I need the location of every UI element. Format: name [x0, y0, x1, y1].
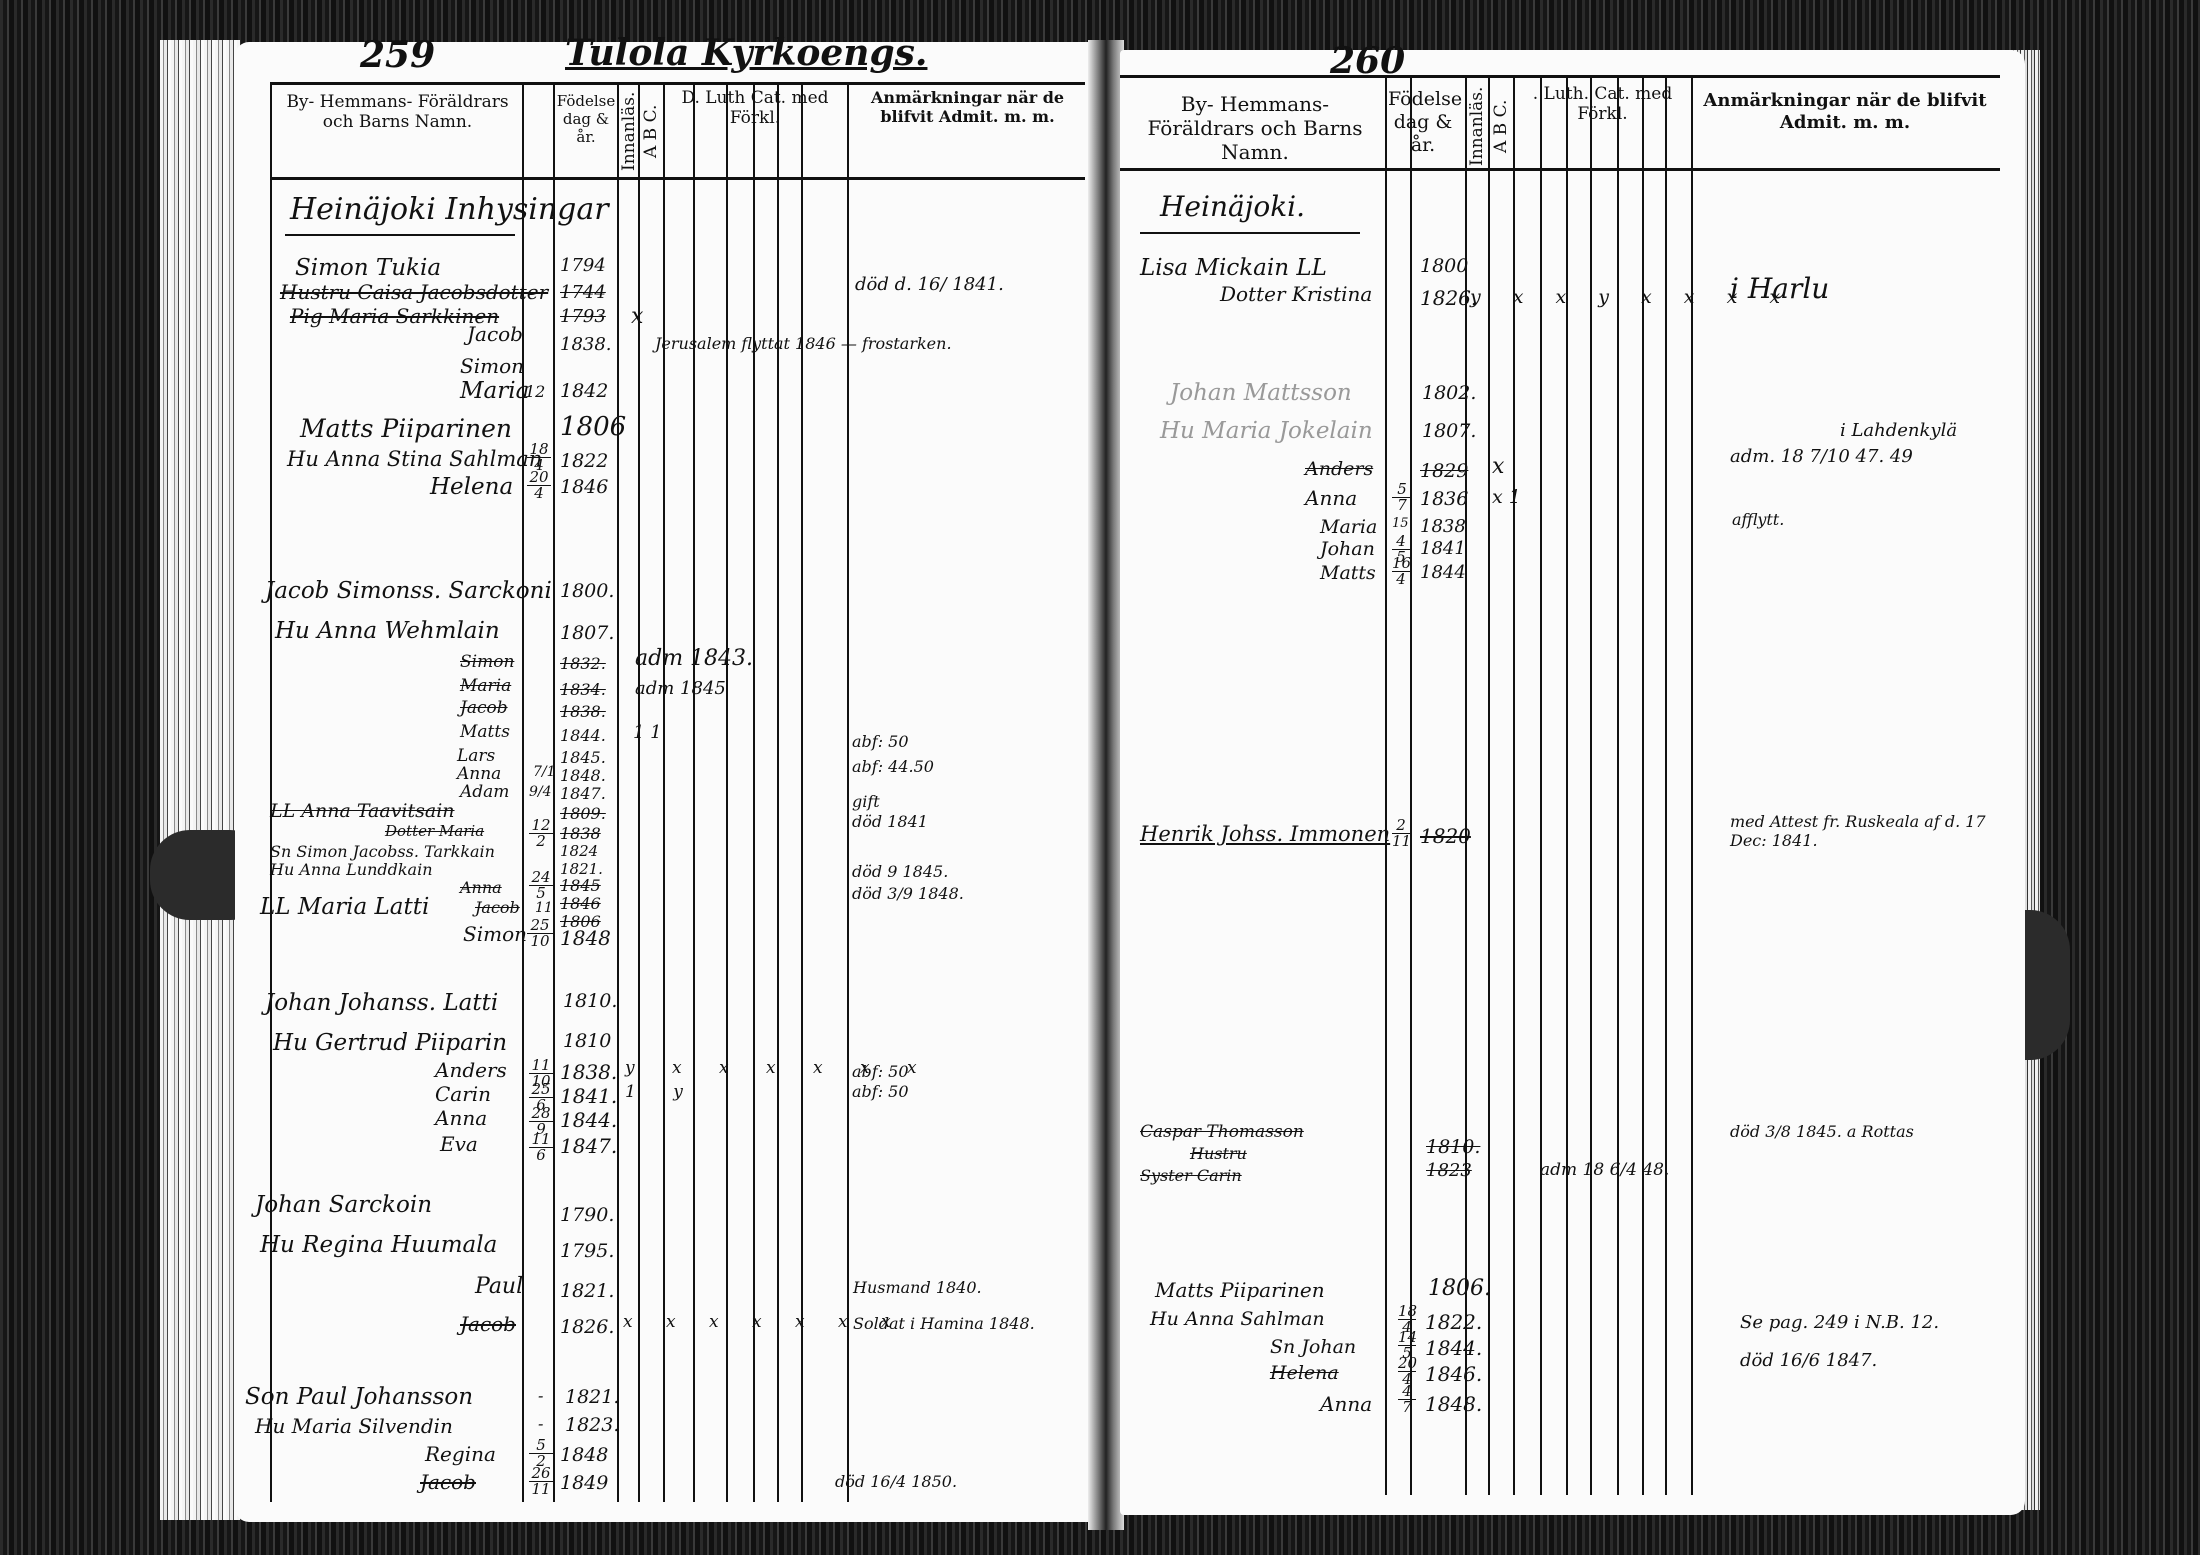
entry-day: 211 [1392, 818, 1410, 849]
entry-year: 1841. [560, 1084, 617, 1108]
entry-year: 1820 [1420, 824, 1471, 848]
entry-remark: abf: 50 [852, 1082, 909, 1101]
entry-remark: adm 1843. [635, 646, 753, 671]
entry-day: 204 [527, 470, 551, 501]
entry-day: - [538, 1386, 543, 1405]
entry-name: Maria [460, 378, 529, 404]
header-remarks: Anmärkningar när de blifvit Admit. m. m. [850, 88, 1085, 126]
entry-name: Helena [430, 474, 513, 500]
entry-year: 1793 [560, 306, 606, 327]
entry-remark: abf: 44.50 [852, 757, 934, 776]
entry-name: Lars [457, 746, 495, 766]
entry-remark: afflytt. [1732, 510, 1784, 529]
entry-mark: x [1492, 454, 1504, 479]
entry-day: 11 [535, 900, 553, 916]
entry-name: Hu Maria Silvendin [255, 1414, 453, 1438]
entry-year: 1846 [560, 476, 608, 498]
entry-year: 1846. [1425, 1362, 1482, 1386]
entry-year: 1807. [1422, 420, 1476, 442]
entry-name: Simon [460, 652, 514, 672]
entry-name: Dotter Maria [385, 822, 484, 840]
entry-remark: med Attest fr. Ruskeala af d. 17 Dec: 18… [1730, 812, 2010, 850]
entry-name: Jacob [460, 698, 508, 718]
entry-day: 122 [529, 818, 553, 849]
entry-name: Sn Johan [1270, 1336, 1356, 1358]
entry-remark: Jerusalem flyttat 1846 — frostarken. [655, 334, 952, 353]
entry-day: 116 [529, 1132, 553, 1163]
entry-name: Maria [1320, 516, 1377, 538]
header-innanlas: Innanläs. [619, 90, 639, 172]
entry-year: 1744 [560, 282, 606, 303]
entry-year: 1829 [1420, 460, 1468, 482]
entry-name: Maria [460, 676, 511, 696]
entry-year: 1844 [1420, 562, 1466, 583]
header-bottom-rule [1120, 168, 2000, 171]
col-line [617, 82, 619, 1502]
entry-marks: x 1 [1492, 486, 1521, 508]
entry-year: 1841 [1420, 538, 1466, 559]
entry-name: Eva [440, 1132, 478, 1156]
entry-year: 1800 [1420, 255, 1468, 277]
entry-year: 1823. [565, 1414, 619, 1436]
entry-year: 1823 [1426, 1160, 1472, 1181]
col-line [726, 82, 728, 1502]
header-abc: A B C. [1491, 86, 1511, 166]
col-line [1410, 75, 1412, 1495]
entry-name: Jacob Simonss. Sarckoni [265, 578, 552, 604]
entry-year: 1848. [1425, 1392, 1482, 1416]
entry-day: 164 [1392, 556, 1410, 587]
header-catechism: D. Luth Cat. med Förkl. [665, 88, 845, 129]
entry-day: - [538, 1414, 543, 1433]
entry-name: Hu Anna Stina Sahlman [287, 447, 542, 471]
entry-remark: adm. 18 7/10 47. 49 [1730, 446, 1913, 467]
header-innanlas: Innanläs. [1467, 86, 1487, 166]
entry-name: Jacob [460, 1312, 516, 1336]
col-line [847, 82, 849, 1502]
entry-name: Anna [460, 878, 502, 897]
entry-remark: i Harlu [1730, 272, 1829, 305]
entry-name: Son Paul Johansson [245, 1384, 473, 1410]
col-line [801, 82, 803, 1502]
entry-day: 47 [1398, 1384, 1416, 1415]
entry-year: 1810. [563, 990, 617, 1012]
header-birth: Födelse dag & år. [1388, 88, 1458, 156]
entry-year: 1810 [563, 1030, 611, 1052]
entry-name: Johan Sarckoin [255, 1192, 432, 1218]
entry-name: Hu Anna Wehmlain [275, 618, 500, 644]
entry-year: 1838. [560, 1060, 617, 1084]
entry-name: Jacob [467, 322, 523, 346]
running-title: Tulola Kyrkoengs. [565, 32, 927, 74]
entry-name: Simon Tukia [295, 255, 441, 281]
entry-name: Johan Mattsson [1170, 380, 1352, 406]
header-names: By- Hemmans- Föräldrars och Barns Namn. [280, 92, 515, 133]
entry-day: 245 [529, 870, 553, 901]
entry-name: Hu Anna Sahlman [1150, 1308, 1325, 1330]
entry-name: Henrik Johss. Immonen [1140, 822, 1390, 846]
entry-year: 1838 [1420, 516, 1466, 537]
entry-name: Hu Maria Jokelain [1160, 418, 1373, 444]
header-birth: Födelse dag & år. [556, 92, 616, 146]
entry-name: Johan [1320, 538, 1375, 560]
entry-remark: Soldat i Hamina 1848. [853, 1314, 1035, 1333]
entry-year: 1842 [560, 380, 608, 402]
entry-year: 1845. [560, 748, 606, 767]
entry-year: 1845 [560, 876, 601, 895]
entry-name: Dotter Kristina [1220, 282, 1372, 306]
entry-year: 1809. [560, 804, 606, 823]
entry-name: Hu Regina Huumala [260, 1232, 497, 1258]
book-gutter [1088, 40, 1124, 1530]
entry-name: Johan Johanss. Latti [265, 990, 498, 1016]
entry-year: 1807. [560, 622, 614, 644]
col-line [753, 82, 755, 1502]
col-line [777, 82, 779, 1502]
entry-name: Anders [435, 1058, 507, 1082]
col-line [1385, 75, 1387, 1495]
entry-name: Simon [463, 922, 527, 946]
entry-year: 1844. [1425, 1336, 1482, 1360]
header-bottom-rule [270, 177, 1085, 180]
entry-year: 1844. [560, 1108, 617, 1132]
entry-year: 1806. [1428, 1276, 1491, 1301]
entry-name: Matts Piiparinen [300, 414, 512, 443]
header-catechism: . Luth. Cat. med Förkl. [1515, 84, 1690, 125]
entry-year: 1822. [1425, 1310, 1482, 1334]
entry-name: Syster Carin [1140, 1166, 1242, 1185]
entry-name: LL Maria Latti [260, 894, 429, 920]
entry-year: 1790. [560, 1204, 614, 1226]
entry-name: Matts [460, 722, 510, 742]
entry-name: Anna [1320, 1392, 1372, 1416]
entry-day: 2510 [527, 918, 553, 949]
entry-name: Anna [1305, 486, 1357, 510]
entry-year: 1832. [560, 654, 606, 673]
entry-year: 1824 [560, 842, 598, 860]
entry-year: 1802. [1422, 382, 1476, 404]
entry-day: 2611 [529, 1466, 553, 1497]
entry-remark: Husmand 1840. [853, 1278, 982, 1297]
entry-name: Adam [460, 782, 509, 802]
entry-day: 9/4 [529, 784, 552, 800]
entry-remark: abf: 50 [852, 1062, 909, 1081]
entry-year: 1844. [560, 726, 606, 745]
header-remarks: Anmärkningar när de blifvit Admit. m. m. [1695, 90, 1995, 133]
entry-name: Caspar Thomasson [1140, 1122, 1304, 1142]
entry-remark: död 9 1845. [852, 862, 948, 881]
entry-remark: abf: 50 [852, 732, 909, 751]
entry-name: Jacob [420, 1470, 476, 1494]
entry-year: 1826. [560, 1316, 614, 1338]
entry-name: Paul [475, 1274, 523, 1299]
entry-name: Matts [1320, 562, 1376, 584]
section-underline [285, 234, 515, 236]
entry-year: 1834. [560, 680, 606, 699]
section-heading: Heinäjoki. [1160, 190, 1305, 223]
entry-year: 1821. [565, 1386, 619, 1408]
header-abc: A B C. [641, 90, 661, 172]
entry-name: Helena [1270, 1362, 1339, 1384]
entry-name: Jacob [475, 898, 520, 917]
entry-year: 1838. [560, 702, 606, 721]
entry-name: LL Anna Taavitsain [270, 800, 455, 822]
entry-name: Matts Piiparinen [1155, 1278, 1325, 1302]
header-top-rule [1120, 75, 2000, 78]
entry-year: 1826. [1420, 286, 1477, 310]
entry-remark: död 16/4 1850. [835, 1472, 957, 1491]
entry-name: Simon [460, 354, 524, 378]
col-line [270, 82, 272, 1502]
entry-remark: död d. 16/ 1841. [855, 274, 1004, 295]
header-top-rule [270, 82, 1085, 85]
entry-day: 57 [1392, 482, 1412, 513]
entry-year: 1838 [560, 824, 601, 843]
col-line [693, 82, 695, 1502]
entry-name: Hustru Caisa Jacobsdotter [280, 280, 548, 304]
entry-remark: död 3/8 1845. a Rottas [1730, 1122, 1914, 1141]
entry-remark: Se pag. 249 i N.B. 12. [1740, 1312, 1939, 1333]
entry-name: Hustru [1190, 1144, 1247, 1163]
entry-remark: död 3/9 1848. [852, 884, 964, 903]
section-underline [1140, 232, 1360, 234]
entry-day: 12 [525, 382, 545, 401]
entry-year: 1821. [560, 1280, 614, 1302]
col-line [638, 82, 640, 1502]
entry-year: 1822 [560, 450, 608, 472]
entry-year: 1794 [560, 255, 606, 276]
entry-day: 15 [1392, 516, 1409, 531]
entry-year: 1848. [560, 766, 606, 785]
entry-day: 7/1 [533, 764, 556, 780]
entry-year: 1847. [560, 784, 606, 803]
section-heading: Heinäjoki Inhysingar [290, 192, 609, 227]
col-line [553, 82, 555, 1502]
entry-year: 1846 [560, 894, 601, 913]
entry-name: Sn Simon Jacobss. Tarkkain [270, 842, 495, 861]
entry-remark: död 1841 [852, 812, 928, 831]
entry-remark: död 16/6 1847. [1740, 1350, 1877, 1371]
entry-year: 1795. [560, 1240, 614, 1262]
entry-year: 1806 [560, 412, 626, 442]
col-line [663, 82, 665, 1502]
entry-name: Anna [457, 764, 501, 784]
entry-year: 1849 [560, 1472, 608, 1494]
page-number: 259 [360, 34, 435, 76]
entry-name: Hu Gertrud Piiparin [273, 1030, 507, 1056]
book-page-edges-left [160, 40, 240, 1520]
right-page: 260 By- Hemmans- Föräldrars och Barns Na… [1120, 50, 2025, 1515]
entry-year: 1848 [560, 1444, 608, 1466]
entry-name: Anna [435, 1106, 487, 1130]
entry-remark: i Lahdenkylä [1840, 420, 1957, 441]
entry-year: 1847. [560, 1134, 617, 1158]
entry-remark: adm 18 6/4 48. [1540, 1160, 1669, 1180]
entry-name: Anders [1305, 458, 1373, 480]
entry-year: 1848 [560, 926, 611, 950]
entry-remark: gift [852, 792, 880, 811]
entry-name: Lisa Mickain LL [1140, 255, 1327, 281]
entry-name: Regina [425, 1442, 496, 1466]
entry-name: Carin [435, 1082, 491, 1106]
entry-year: 1838. [560, 334, 612, 355]
left-page: 259 Tulola Kyrkoengs. By- Hemmans- Föräl… [235, 42, 1095, 1522]
entry-year: 1810. [1426, 1136, 1480, 1158]
entry-year: 1836 [1420, 488, 1468, 510]
header-names: By- Hemmans- Föräldrars och Barns Namn. [1130, 92, 1380, 164]
entry-mark: x [631, 304, 643, 329]
entry-marks: 1 y [625, 1082, 699, 1102]
entry-mark: 1 1 [633, 722, 662, 743]
entry-remark: adm 1845 [635, 678, 726, 699]
entry-name: Hu Anna Lunddkain [270, 860, 433, 879]
entry-year: 1800. [560, 580, 614, 602]
